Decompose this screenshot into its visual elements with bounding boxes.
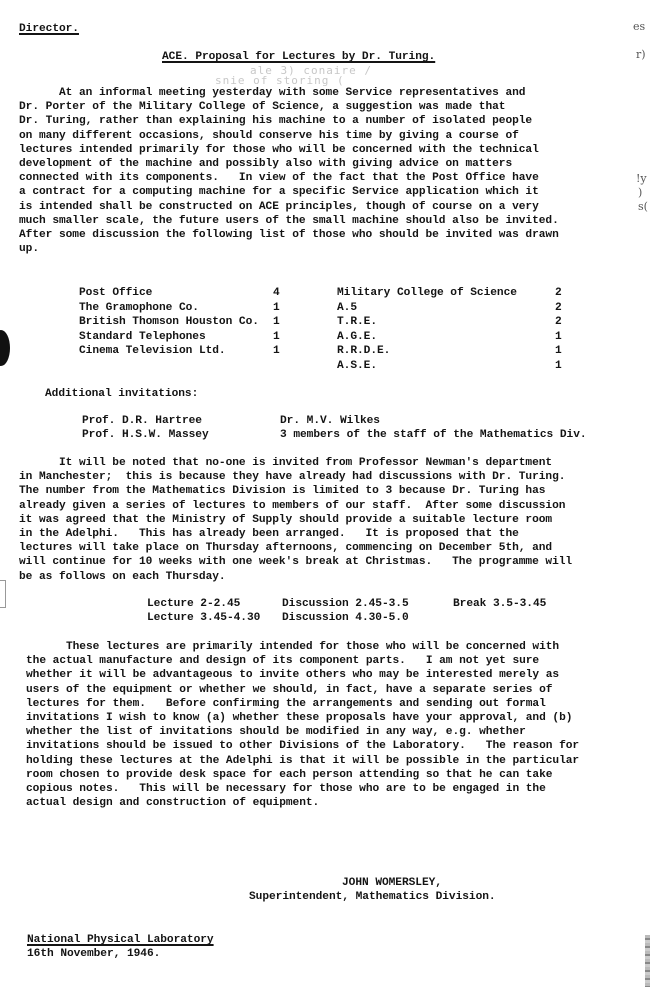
additional-invitee: 3 members of the staff of the Mathematic…: [280, 428, 587, 442]
text-line: it was agreed that the Ministry of Suppl…: [19, 513, 572, 527]
text-line: will continue for 10 weeks with one week…: [19, 555, 572, 569]
text-line: After some discussion the following list…: [19, 228, 559, 242]
scan-edge-artifact: [645, 935, 650, 987]
invitee-org: British Thomson Houston Co.: [79, 315, 273, 330]
invitee-org: The Gramophone Co.: [79, 301, 273, 316]
text-line: lectures intended primarily for those wh…: [19, 143, 559, 157]
invitee-row: British Thomson Houston Co.1T.R.E.2: [79, 315, 575, 330]
invitee-row: Standard Telephones1A.G.E.1: [79, 330, 575, 345]
text-line: be as follows on each Thursday.: [19, 570, 572, 584]
text-line: connected with its components. In view o…: [19, 171, 559, 185]
text-line: lectures will take place on Thursday aft…: [19, 541, 572, 555]
signature-name: JOHN WOMERSLEY,: [342, 876, 442, 890]
signature-title: Superintendent, Mathematics Division.: [249, 890, 496, 904]
invitee-row: Post Office4Military College of Science2: [79, 286, 575, 301]
invitee-count: [273, 359, 337, 374]
text-line: It will be noted that no-one is invited …: [19, 456, 572, 470]
invitee-row: A.S.E.1: [79, 359, 575, 374]
text-line: The number from the Mathematics Division…: [19, 484, 572, 498]
invitee-row: The Gramophone Co.1A.52: [79, 301, 575, 316]
invitee-org: [79, 359, 273, 374]
invitee-count: 1: [555, 330, 575, 345]
margin-fragment: ): [638, 186, 642, 199]
text-line: invitations I wish to know (a) whether t…: [26, 711, 579, 725]
text-line: in the Adelphi. This has already been ar…: [19, 527, 572, 541]
invitee-count: 2: [555, 301, 575, 316]
text-line: on many different occasions, should cons…: [19, 129, 559, 143]
invitee-org: Standard Telephones: [79, 330, 273, 345]
margin-fragment: r): [636, 48, 646, 61]
invitee-count: 1: [273, 330, 337, 345]
invitee-org: A.5: [337, 301, 555, 316]
memo-title: ACE. Proposal for Lectures by Dr. Turing…: [162, 50, 435, 64]
schedule-break: Break 3.5-3.45: [453, 597, 546, 611]
text-line: development of the machine and possibly …: [19, 157, 559, 171]
invitee-count: 1: [273, 301, 337, 316]
schedule-lecture: Lecture 3.45-4.30: [147, 611, 260, 625]
additional-invitations-heading: Additional invitations:: [45, 387, 198, 401]
paragraph-purpose: These lectures are primarily intended fo…: [26, 640, 579, 810]
margin-fragment: s(: [638, 200, 648, 213]
paragraph-intro: At an informal meeting yesterday with so…: [19, 86, 559, 256]
text-line: already given a series of lectures to me…: [19, 499, 572, 513]
invitee-count: 1: [273, 315, 337, 330]
text-line: room chosen to provide desk space for ea…: [26, 768, 579, 782]
text-line: copious notes. This will be necessary fo…: [26, 782, 579, 796]
schedule-discussion: Discussion 4.30-5.0: [282, 611, 409, 625]
additional-invitee: Prof. D.R. Hartree: [82, 414, 202, 428]
text-line: lectures for them. Before confirming the…: [26, 697, 579, 711]
text-line: users of the equipment or whether we sho…: [26, 683, 579, 697]
text-line: the actual manufacture and design of its…: [26, 654, 579, 668]
text-line: At an informal meeting yesterday with so…: [19, 86, 559, 100]
text-line: Dr. Turing, rather than explaining his m…: [19, 114, 559, 128]
invitee-org: A.G.E.: [337, 330, 555, 345]
paper-edge-mark: [0, 580, 6, 608]
text-line: whether it will be advantageous to invit…: [26, 668, 579, 682]
text-line: up.: [19, 242, 559, 256]
text-line: a contract for a computing machine for a…: [19, 185, 559, 199]
paragraph-arrangements: It will be noted that no-one is invited …: [19, 456, 572, 584]
text-line: is intended shall be constructed on ACE …: [19, 200, 559, 214]
origin-organization: National Physical Laboratory: [27, 933, 214, 947]
margin-fragment: es: [633, 20, 645, 33]
invitee-count: 1: [273, 344, 337, 359]
invitee-list: Post Office4Military College of Science2…: [79, 286, 575, 374]
invitee-org: A.S.E.: [337, 359, 555, 374]
text-line: whether the list of invitations should b…: [26, 725, 579, 739]
margin-fragment: !y: [636, 172, 647, 185]
invitee-org: Post Office: [79, 286, 273, 301]
invitee-count: 1: [555, 344, 575, 359]
text-line: Dr. Porter of the Military College of Sc…: [19, 100, 559, 114]
text-line: much smaller scale, the future users of …: [19, 214, 559, 228]
invitee-count: 2: [555, 315, 575, 330]
invitee-org: Military College of Science: [337, 286, 555, 301]
schedule-lecture: Lecture 2-2.45: [147, 597, 240, 611]
addressee: Director.: [19, 22, 79, 36]
invitee-count: 4: [273, 286, 337, 301]
text-line: invitations should be issued to other Di…: [26, 739, 579, 753]
text-line: holding these lectures at the Adelphi is…: [26, 754, 579, 768]
text-line: actual design and construction of equipm…: [26, 796, 579, 810]
invitee-count: 1: [555, 359, 575, 374]
schedule-discussion: Discussion 2.45-3.5: [282, 597, 409, 611]
invitee-row: Cinema Television Ltd.1R.R.D.E.1: [79, 344, 575, 359]
invitee-org: R.R.D.E.: [337, 344, 555, 359]
memo-date: 16th November, 1946.: [27, 947, 160, 961]
invitee-count: 2: [555, 286, 575, 301]
text-line: These lectures are primarily intended fo…: [26, 640, 579, 654]
invitee-org: T.R.E.: [337, 315, 555, 330]
additional-invitee: Dr. M.V. Wilkes: [280, 414, 380, 428]
punch-hole: [0, 330, 10, 366]
invitee-org: Cinema Television Ltd.: [79, 344, 273, 359]
text-line: in Manchester; this is because they have…: [19, 470, 572, 484]
additional-invitee: Prof. H.S.W. Massey: [82, 428, 209, 442]
